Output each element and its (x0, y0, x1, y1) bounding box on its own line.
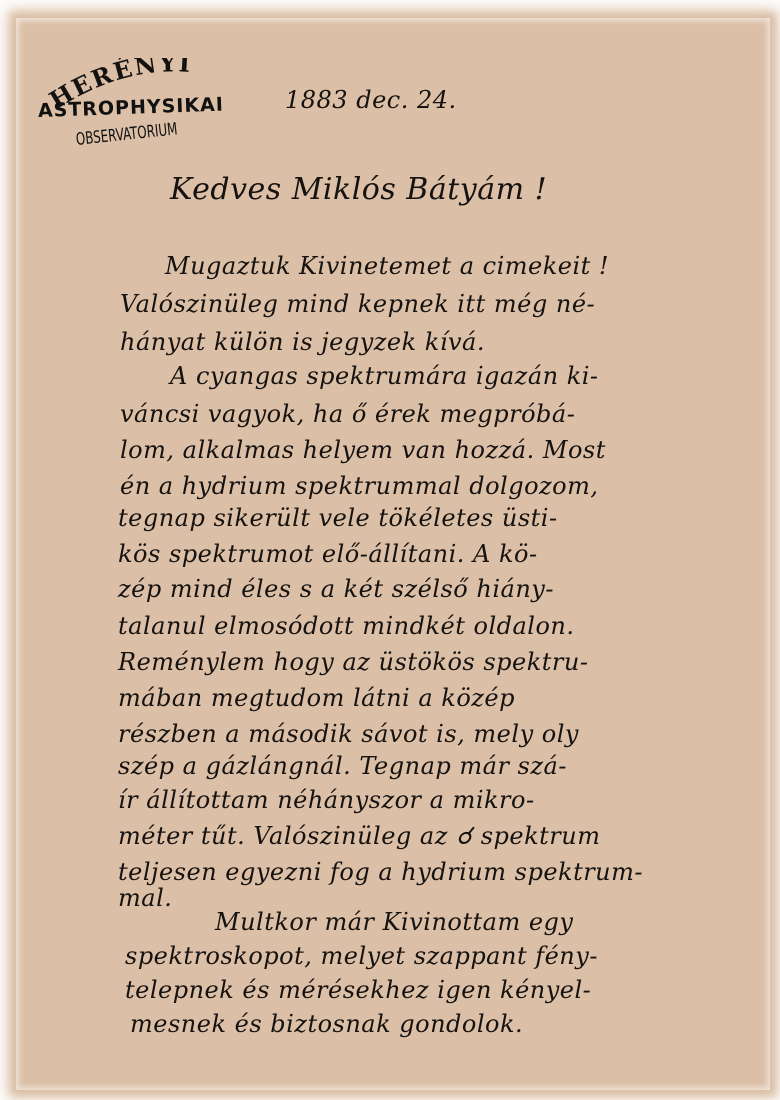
letter-line: tegnap sikerült vele tökéletes üsti- (118, 504, 558, 532)
letter-line: Reménylem hogy az üstökös spektru- (118, 648, 588, 676)
letter-line: zép mind éles s a két szélső hiány- (118, 575, 554, 603)
letter-line: talanul elmosódott mindkét oldalon. (118, 612, 575, 640)
letter-line: Multkor már Kivinottam egy (215, 908, 573, 936)
letter-line: szép a gázlángnál. Tegnap már szá- (118, 752, 567, 780)
letter-line: mesnek és biztosnak gondolok. (130, 1010, 523, 1038)
letter-line: Valószinüleg mind kepnek itt még né- (120, 290, 595, 318)
letter-date: 1883 dec. 24. (285, 86, 457, 114)
letter-line: kös spektrumot elő-állítani. A kö- (118, 540, 538, 568)
letter-line: mában megtudom látni a közép (118, 684, 515, 712)
stamp-line-observatorium: OBSERVATORIUM (75, 119, 178, 150)
letter-line: mal. (118, 884, 172, 912)
letter-line: Mugaztuk Kivinetemet a cimekeit ! (165, 252, 609, 280)
letter-line: váncsi vagyok, ha ő érek megpróbá- (120, 400, 575, 428)
letter-salutation: Kedves Miklós Bátyám ! (170, 172, 547, 207)
letter-line: teljesen egyezni fog a hydrium spektrum- (118, 858, 643, 886)
letter-line: telepnek és mérésekhez igen kényel- (125, 976, 591, 1004)
letter-line: lom, alkalmas helyem van hozzá. Most (120, 436, 606, 464)
letter-line: méter tűt. Valószinüleg az ☌ spektrum (118, 822, 600, 850)
letter-line: ír állítottam néhányszor a mikro- (118, 786, 535, 814)
letter-line: spektroskopot, melyet szappant fény- (125, 942, 598, 970)
letter-line: hányat külön is jegyzek kívá. (120, 328, 485, 356)
letter-line: részben a második sávot is, mely oly (118, 720, 579, 748)
letter-line: A cyangas spektrumára igazán ki- (170, 362, 599, 390)
observatory-stamp: HERÉNYI ASTROPHYSIKAI OBSERVATORIUM (36, 58, 266, 178)
letter-line: én a hydrium spektrummal dolgozom, (120, 472, 599, 500)
